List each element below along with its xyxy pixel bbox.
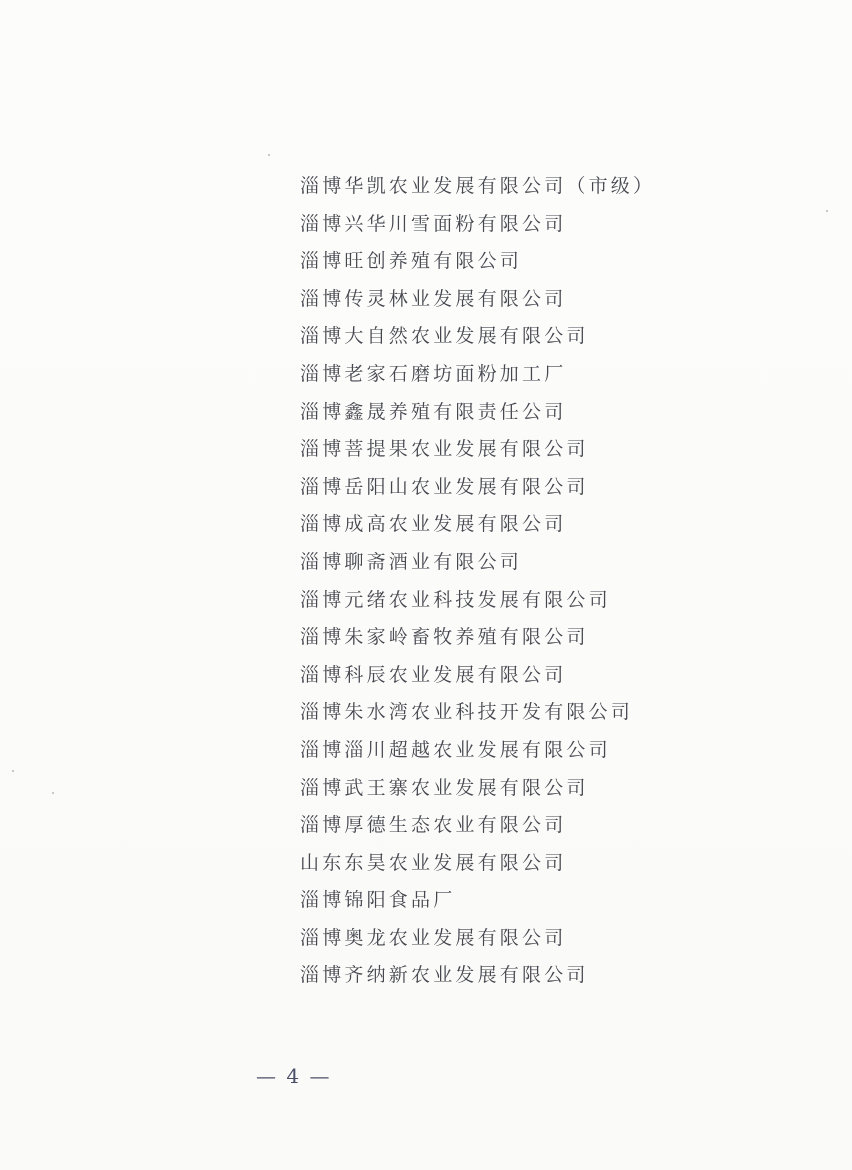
company-item: 淄博成高农业发展有限公司 — [300, 506, 655, 544]
company-item: 淄博岳阳山农业发展有限公司 — [300, 469, 655, 507]
scan-speck — [52, 792, 54, 794]
company-item: 淄博传灵林业发展有限公司 — [300, 281, 655, 319]
company-item: 淄博兴华川雪面粉有限公司 — [300, 206, 655, 244]
company-item: 淄博奥龙农业发展有限公司 — [300, 920, 655, 958]
company-item: 淄博华凯农业发展有限公司（市级） — [300, 168, 655, 206]
company-item: 淄博科辰农业发展有限公司 — [300, 657, 655, 695]
page-number: — 4 — — [256, 1064, 331, 1088]
company-item: 淄博齐纳新农业发展有限公司 — [300, 957, 655, 995]
document-page: 淄博华凯农业发展有限公司（市级） 淄博兴华川雪面粉有限公司 淄博旺创养殖有限公司… — [0, 0, 852, 1170]
company-item: 淄博淄川超越农业发展有限公司 — [300, 732, 655, 770]
company-item: 淄博大自然农业发展有限公司 — [300, 318, 655, 356]
company-item: 淄博厚德生态农业有限公司 — [300, 807, 655, 845]
company-item: 山东东昊农业发展有限公司 — [300, 845, 655, 883]
company-item: 淄博老家石磨坊面粉加工厂 — [300, 356, 655, 394]
company-item: 淄博朱家岭畜牧养殖有限公司 — [300, 619, 655, 657]
company-item: 淄博朱水湾农业科技开发有限公司 — [300, 694, 655, 732]
scan-speck — [268, 154, 270, 156]
company-item: 淄博元绪农业科技发展有限公司 — [300, 582, 655, 620]
company-item: 淄博旺创养殖有限公司 — [300, 243, 655, 281]
scan-speck — [826, 210, 828, 212]
scan-speck — [12, 770, 14, 772]
company-item: 淄博菩提果农业发展有限公司 — [300, 431, 655, 469]
company-list: 淄博华凯农业发展有限公司（市级） 淄博兴华川雪面粉有限公司 淄博旺创养殖有限公司… — [300, 168, 655, 995]
company-item: 淄博鑫晟养殖有限责任公司 — [300, 394, 655, 432]
company-item: 淄博聊斋酒业有限公司 — [300, 544, 655, 582]
company-item: 淄博武王寨农业发展有限公司 — [300, 770, 655, 808]
company-item: 淄博锦阳食品厂 — [300, 882, 655, 920]
